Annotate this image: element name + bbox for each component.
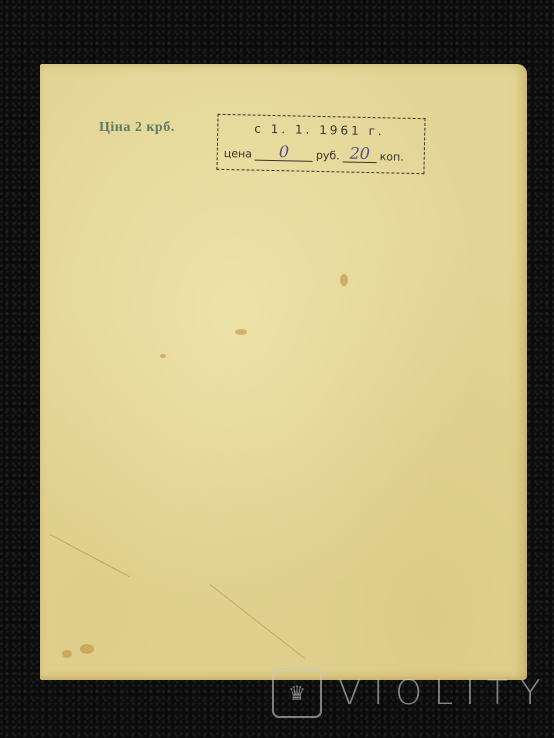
stain: [80, 644, 94, 654]
stamp-price-line: цена 0 руб. 20 коп.: [224, 143, 404, 164]
stamp-price-prefix: цена: [224, 147, 252, 161]
handwritten-kopecks: 20: [343, 145, 377, 163]
price-revision-stamp: с 1. 1. 1961 г. цена 0 руб. 20 коп.: [216, 114, 425, 174]
printed-price: Ціна 2 крб.: [99, 120, 175, 136]
stamp-date: с 1. 1. 1961 г.: [254, 122, 385, 139]
violity-watermark: ♛ VIOLITY: [272, 668, 553, 718]
stamp-kopecks-unit: коп.: [380, 150, 404, 164]
stain: [160, 354, 166, 358]
stain: [340, 274, 348, 286]
stain: [235, 329, 247, 335]
watermark-text: VIOLITY: [338, 673, 553, 713]
crease: [50, 534, 130, 577]
crease: [210, 584, 305, 659]
stamp-rubles-unit: руб.: [316, 149, 340, 162]
stain: [62, 650, 72, 658]
booklet-cover: Ціна 2 крб. с 1. 1. 1961 г. цена 0 руб. …: [40, 64, 527, 680]
handwritten-rubles: 0: [255, 144, 313, 162]
crown-icon: ♛: [272, 668, 322, 718]
